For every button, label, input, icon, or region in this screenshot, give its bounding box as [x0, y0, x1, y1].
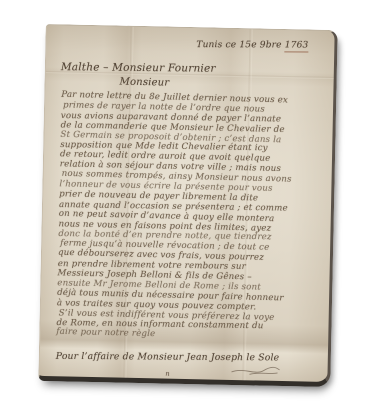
letter-body: Par notre lettre du 8e Juillet dernier n… [56, 91, 329, 344]
dateline-year: 1763 [285, 40, 309, 52]
letter-paper: Tunis ce 15e 9bre 1763 Malthe – Monsieur… [38, 24, 337, 387]
salutation: Monsieur [119, 77, 169, 89]
bottom-page-mark: n [165, 370, 170, 378]
address-line: Malthe – Monsieur Fournier [61, 61, 216, 75]
letter-photo: Tunis ce 15e 9bre 1763 Malthe – Monsieur… [0, 0, 380, 420]
closing-line: Pour l’affaire de Monsieur Jean Joseph l… [56, 351, 280, 364]
dateline: Tunis ce 15e 9bre 1763 [196, 40, 308, 50]
signature-flourish [229, 363, 281, 378]
dateline-place-date: Tunis ce 15e 9bre [196, 40, 284, 50]
